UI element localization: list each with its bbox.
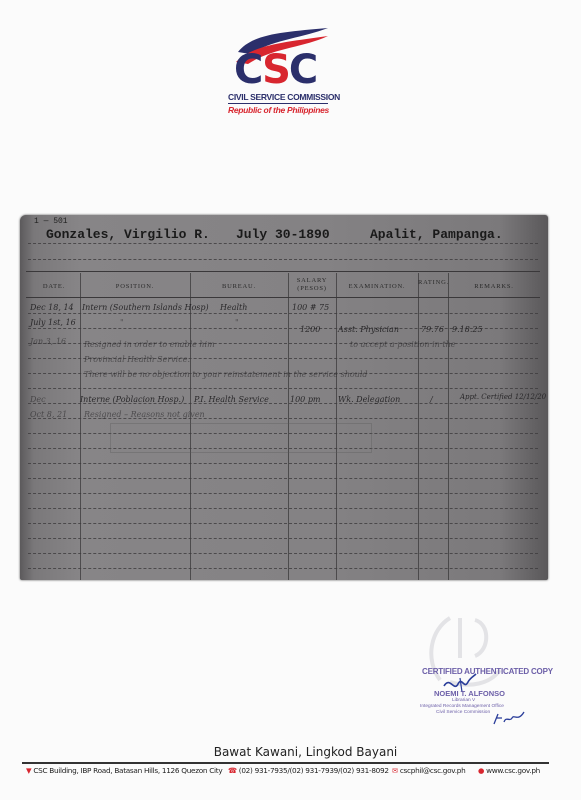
row-bureau: P.I. Health Service (194, 395, 269, 404)
row-remarks: 9.18.25 (452, 325, 483, 334)
rule-line (28, 538, 538, 539)
org-name: CIVIL SERVICE COMMISSION (228, 92, 338, 102)
rule-line (28, 259, 538, 260)
row-bureau: " (235, 318, 239, 327)
phone-icon: ☎ (228, 766, 237, 775)
rule-line (28, 568, 538, 569)
header-top-border (26, 271, 540, 272)
row-position: Interne (Poblacion Hosp.) (80, 395, 184, 404)
logo-divider (228, 103, 328, 104)
row-position: There will be no objection to your reins… (84, 370, 368, 379)
certifier-position: Librarian V (452, 698, 475, 703)
globe-icon: ● (478, 766, 484, 775)
col-header-bureau: Bureau. (190, 283, 288, 291)
row-position: Provincial Health Service. (84, 355, 190, 364)
footer-email[interactable]: ✉cscphil@csc.gov.ph (392, 766, 465, 775)
column-divider (448, 273, 449, 580)
rule-line (28, 388, 538, 389)
row-date: July 1st, 16 (30, 318, 76, 327)
col-header-remarks: Remarks. (448, 283, 540, 291)
rule-line (28, 493, 538, 494)
rule-line (28, 508, 538, 509)
row-date: Oct 8, 21 (30, 410, 67, 419)
row-bureau: Health (220, 303, 247, 312)
row-position: Intern (Southern Islands Hosp) (82, 303, 209, 312)
rule-line (28, 478, 538, 479)
row-examination: Asst. Physician (338, 325, 399, 334)
footer-phone: ☎(02) 931-7935/(02) 931-7939/(02) 931-80… (228, 766, 389, 775)
logo-wordmark: CSC (234, 48, 316, 92)
row-salary: 100 pm (290, 395, 321, 404)
row-salary: 100 # 75 (292, 303, 329, 312)
col-header-examination: Examination. (336, 283, 418, 291)
col-header-salary: Salary (Pesos) (288, 277, 336, 293)
rule-line (28, 553, 538, 554)
row-date: Jan 3, 16 (30, 337, 66, 346)
birth-date: July 30-1890 (236, 227, 330, 242)
row-salary: 1200 (300, 325, 320, 334)
service-record-card: 1 — 501 Gonzales, Virgilio R. July 30-18… (20, 215, 548, 580)
birth-place: Apalit, Pampanga. (370, 227, 503, 242)
card-code: 1 — 501 (34, 217, 68, 226)
employee-name: Gonzales, Virgilio R. (46, 227, 210, 242)
faded-stamp (110, 423, 372, 453)
col-header-position: Position. (80, 283, 190, 291)
col-header-rating: Rating. (418, 279, 448, 287)
header-bottom-border (26, 297, 540, 298)
footer-divider (22, 762, 549, 764)
column-divider (418, 273, 419, 580)
footer-address: ▼CSC Building, IBP Road, Batasan Hills, … (26, 766, 222, 775)
footer-website[interactable]: ●www.csc.gov.ph (478, 766, 540, 775)
certifier-agency: Civil Service Commission (436, 710, 490, 715)
rule-line (28, 243, 538, 244)
row-date: Dec (30, 395, 46, 404)
row-rating: / (430, 395, 433, 404)
row-position: Resigned – Reasons not given (84, 410, 205, 419)
certifier-name: NOEMI T. ALFONSO (434, 689, 505, 698)
col-header-date: Date. (28, 283, 80, 291)
column-divider (80, 273, 81, 580)
row-rating: 79.76 (421, 325, 444, 334)
row-date: Dec 18, 14 (30, 303, 74, 312)
initials-icon (492, 708, 526, 728)
csc-logo: CSC CIVIL SERVICE COMMISSION Republic of… (232, 26, 332, 118)
map-pin-icon: ▼ (26, 766, 31, 775)
row-examination: to accept a position in the (350, 340, 455, 349)
row-examination: Wk. Delegation (338, 395, 400, 404)
row-position: Resigned in order to enable him (84, 340, 215, 349)
org-subtitle: Republic of the Philippines (228, 105, 338, 115)
rule-line (28, 523, 538, 524)
row-position: " (120, 318, 124, 327)
rule-line (28, 313, 538, 314)
rule-line (28, 463, 538, 464)
row-remarks: Appt. Certified 12/12/20 (460, 393, 546, 401)
footer-motto: Bawat Kawani, Lingkod Bayani (0, 745, 581, 759)
email-icon: ✉ (392, 766, 398, 775)
